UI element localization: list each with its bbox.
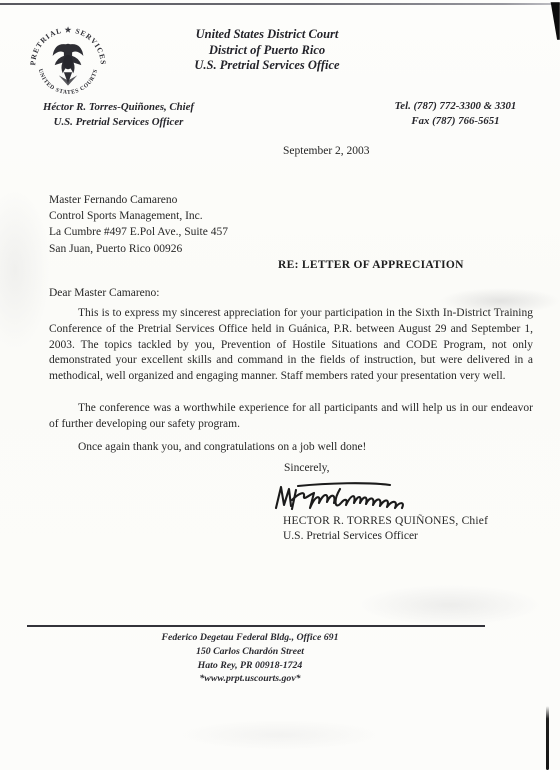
body-paragraph: This is to express my sincerest apprecia… <box>49 306 533 385</box>
letterhead-court-block: United States District Court District of… <box>160 27 374 74</box>
signer-title: U.S. Pretrial Services Officer <box>283 529 418 544</box>
body-paragraph: Once again thank you, and congratulation… <box>49 440 533 456</box>
court-office-line: U.S. Pretrial Services Office <box>160 58 374 74</box>
court-district-line: District of Puerto Rico <box>160 43 374 59</box>
pretrial-services-seal-icon: PRETRIAL ✯ SERVICES UNITED STATES COURTS <box>27 19 109 101</box>
recipient-street: La Cumbre #497 E.Pol Ave., Suite 457 <box>49 224 228 240</box>
letterhead-official-block: Héctor R. Torres-Quiñones, Chief U.S. Pr… <box>16 100 221 129</box>
eagle-icon <box>53 44 84 86</box>
footer-building: Federico Degetau Federal Bldg., Office 6… <box>70 631 430 645</box>
recipient-name: Master Fernando Camareno <box>49 192 228 208</box>
fax-number: Fax (787) 766-5651 <box>373 114 538 129</box>
footer-address-block: Federico Degetau Federal Bldg., Office 6… <box>70 631 430 686</box>
footer-website: *www.prpt.uscourts.gov* <box>70 672 430 686</box>
scan-top-edge-line <box>0 3 560 5</box>
footer-city: Hato Rey, PR 00918-1724 <box>70 659 430 673</box>
footer-street: 150 Carlos Chardón Street <box>70 645 430 659</box>
phone-number: Tel. (787) 772-3300 & 3301 <box>373 99 538 114</box>
scan-corner-fold-artifact <box>547 2 560 40</box>
signer-name: HECTOR R. TORRES QUIÑONES, Chief <box>283 514 488 529</box>
letterhead-contact-block: Tel. (787) 772-3300 & 3301 Fax (787) 766… <box>373 99 538 128</box>
body-paragraph: The conference was a worthwhile experien… <box>49 401 533 433</box>
footer-divider <box>27 625 485 627</box>
scanned-letter-page: PRETRIAL ✯ SERVICES UNITED STATES COURTS… <box>0 0 560 770</box>
salutation: Dear Master Camareno: <box>49 287 159 299</box>
recipient-city: San Juan, Puerto Rico 00926 <box>49 241 228 257</box>
handwritten-signature <box>268 477 436 519</box>
official-name: Héctor R. Torres-Quiñones, Chief <box>16 100 221 115</box>
scan-smudge <box>180 720 380 750</box>
recipient-address-block: Master Fernando Camareno Control Sports … <box>49 192 228 257</box>
court-name-line: United States District Court <box>160 27 374 43</box>
scan-smudge <box>360 585 540 625</box>
closing: Sincerely, <box>284 462 330 474</box>
subject-line: RE: LETTER OF APPRECIATION <box>278 259 464 271</box>
letter-date: September 2, 2003 <box>283 145 370 157</box>
recipient-company: Control Sports Management, Inc. <box>49 208 228 224</box>
scan-smudge <box>0 190 50 350</box>
scan-edge-streak-artifact <box>546 706 549 770</box>
official-title: U.S. Pretrial Services Officer <box>16 115 221 130</box>
